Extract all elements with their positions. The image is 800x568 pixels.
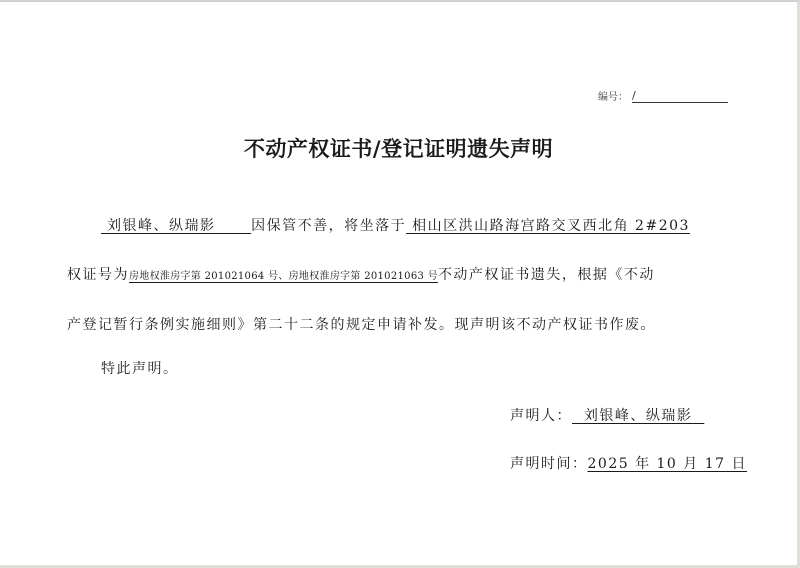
declarant-value: 刘银峰、纵瑞影 [572,408,704,424]
document-page: 编号： / 不动产权证书/登记证明遗失声明 刘银峰、纵瑞影 因保管不善，将坐落于… [0,1,797,565]
date-value: 2025 年 10 月 17 日 [588,456,748,472]
closing-statement: 特此声明。 [101,358,179,378]
declarant-label: 声明人： [510,408,572,424]
document-title: 不动产权证书/登记证明遗失声明 [0,133,797,163]
owner-names: 刘银峰、纵瑞影 [101,218,251,234]
paragraph-line-3: 产登记暂行条例实施细则》第二十二条的规定申请补发。现声明该不动产权证书作废。 [67,314,656,334]
paragraph-line-2: 权证号为房地权淮房字第 201021064 号、房地权淮房字第 20102106… [67,264,655,284]
serial-label: 编号： [598,88,628,103]
text-lost: 不动产权证书遗失，根据《不动 [438,267,655,283]
text-cert-intro: 权证号为 [67,267,129,283]
date-label: 声明时间： [510,456,588,472]
property-location: 相山区洪山路海宫路交叉西北角 2#203 [406,218,690,234]
certificate-numbers: 房地权淮房字第 201021064 号、房地权淮房字第 201021063 号 [129,271,438,282]
serial-value: / [632,90,728,103]
declarant: 声明人： 刘银峰、纵瑞影 [510,405,704,425]
text-reason: 因保管不善，将坐落于 [251,218,406,234]
declaration-date: 声明时间：2025 年 10 月 17 日 [510,453,747,473]
paragraph-line-1: 刘银峰、纵瑞影 因保管不善，将坐落于 相山区洪山路海宫路交叉西北角 2#203 [101,215,690,235]
serial-number: 编号： / [598,88,728,103]
